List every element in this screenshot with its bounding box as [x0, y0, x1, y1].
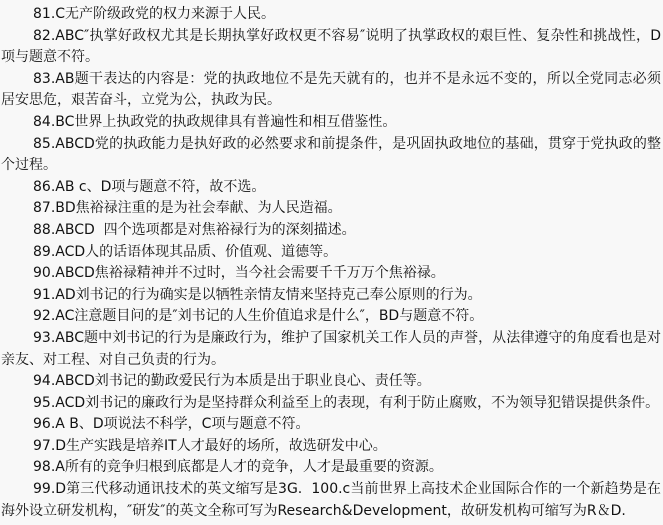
answer-paragraph-81: 81.C无产阶级政党的权力来源于人民。 [1, 4, 661, 26]
answer-paragraph-96: 96.A B、D项说法不科学，C项与题意不符。 [1, 414, 661, 436]
answer-paragraph-84: 84.BC世界上执政党的执政规律具有普遍性和相互借鉴性。 [1, 112, 661, 134]
answer-paragraph-94: 94.ABCD刘书记的勤政爱民行为本质是出于职业良心、责任等。 [1, 371, 661, 393]
answer-list: 81.C无产阶级政党的权力来源于人民。82.ABC″执掌好政权尤其是长期执掌好政… [1, 4, 661, 522]
answer-paragraph-93: 93.ABC题中刘书记的行为是廉政行为，维护了国家机关工作人员的声誉，从法律遵守… [1, 328, 661, 371]
answer-paragraph-83: 83.AB题干表达的内容是：党的执政地位不是先天就有的，也并不是永远不变的，所以… [1, 69, 661, 112]
answer-paragraph-85: 85.ABCD党的执政能力是执好政的必然要求和前提条件，是巩固执政地位的基础，贯… [1, 134, 661, 177]
answer-paragraph-89: 89.ACD人的话语体现其品质、价值观、道德等。 [1, 242, 661, 264]
answer-paragraph-91: 91.AD刘书记的行为确实是以牺牲亲情友情来坚持克己奉公原则的行为。 [1, 285, 661, 307]
answer-paragraph-87: 87.BD焦裕禄注重的是为社会奉献、为人民造福。 [1, 198, 661, 220]
answer-paragraph-97: 97.D生产实践是培养IT人才最好的场所，故选研发中心。 [1, 436, 661, 458]
answer-paragraph-82: 82.ABC″执掌好政权尤其是长期执掌好政权更不容易″说明了执掌政权的艰巨性、复… [1, 26, 661, 69]
document-page: 81.C无产阶级政党的权力来源于人民。82.ABC″执掌好政权尤其是长期执掌好政… [0, 0, 663, 525]
answer-paragraph-95: 95.ACD刘书记的廉政行为是坚持群众利益至上的表现，有利于防止腐败，不为领导犯… [1, 393, 661, 415]
answer-paragraph-98: 98.A所有的竞争归根到底都是人才的竞争，人才是最重要的资源。 [1, 457, 661, 479]
answer-paragraph-88: 88.ABCD 四个选项都是对焦裕禄行为的深刻描述。 [1, 220, 661, 242]
answer-paragraph-92: 92.AC注意题目问的是″刘书记的人生价值追求是什么″，BD与题意不符。 [1, 306, 661, 328]
answer-paragraph-86: 86.AB c、D项与题意不符，故不选。 [1, 177, 661, 199]
answer-paragraph-90: 90.ABCD焦裕禄精神并不过时，当今社会需要千千万万个焦裕禄。 [1, 263, 661, 285]
answer-paragraph-99-100: 99.D第三代移动通讯技术的英文缩写是3G. 100.c当前世界上高技术企业国际… [1, 479, 661, 522]
